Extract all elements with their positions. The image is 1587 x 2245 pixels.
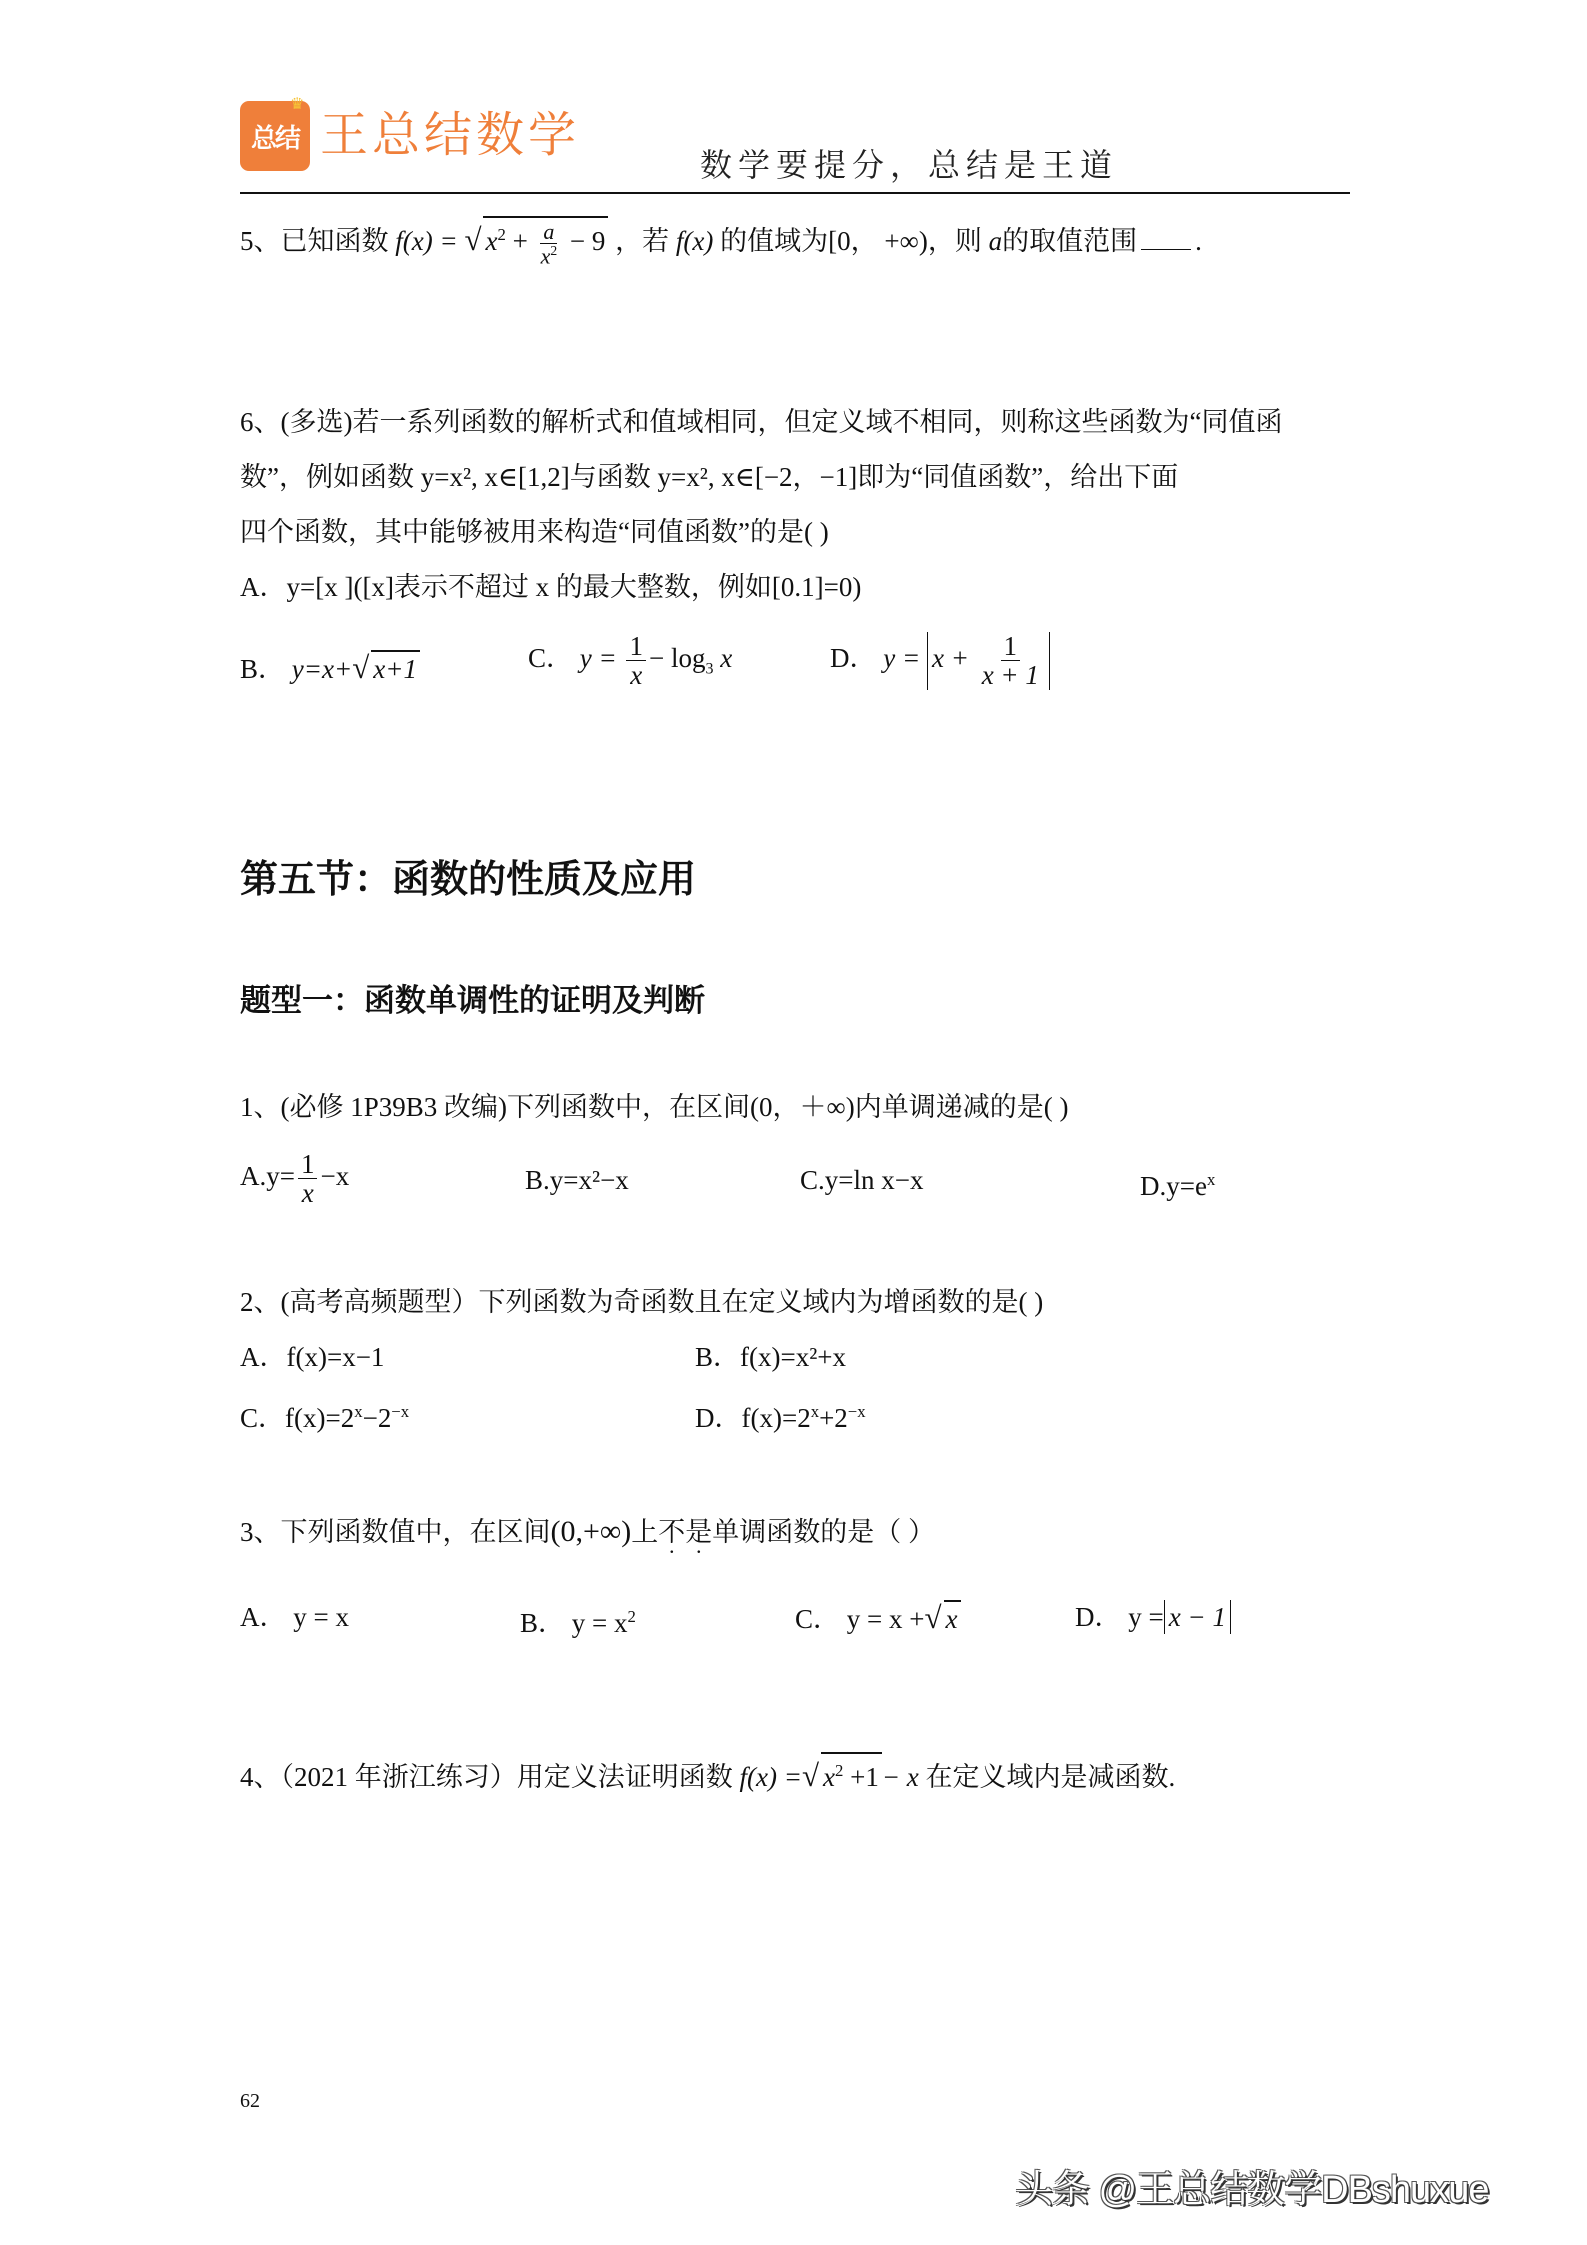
problem-4: 4、（2021 年浙江练习）用定义法证明函数 f(x) =√x2 +1− x 在… — [240, 1752, 1175, 1794]
q5-mid2: 的值域为[0， — [720, 226, 878, 256]
crown-icon: ♛ — [290, 98, 310, 112]
question-5: 5、已知函数 f(x) = √ x2 + a x2 − 9 ，若 f(x) 的值… — [240, 216, 1202, 268]
sqrt-sign: √ — [464, 222, 481, 257]
problem-3-option-a: A． y = x — [240, 1600, 349, 1634]
problem-1-stem: 1、(必修 1P39B3 改编)下列函数中，在区间(0，＋∞)内单调递减的是( … — [240, 1090, 1068, 1124]
q6-option-b: B． y=x+√x+1 — [240, 650, 420, 686]
emphasis-is: 是 — [685, 1517, 712, 1547]
q6-c-lhs: y = — [580, 643, 617, 673]
q5-mid1: ，若 — [615, 226, 669, 256]
problem-2-option-a: A．f(x)=x−1 — [240, 1340, 384, 1374]
problem-3-option-b: B． y = x2 — [520, 1600, 636, 1640]
q6-option-c: C． y = 1 x − log3 x — [528, 632, 732, 690]
q6-b-radical: x+1 — [371, 650, 420, 686]
problem-2-option-c: C．f(x)=2x−2−x — [240, 1395, 409, 1435]
p1-a-label: A.y= — [240, 1161, 295, 1191]
q5-frac-den: x2 — [538, 244, 561, 267]
page-number: 62 — [240, 2090, 260, 2113]
header-divider — [240, 192, 1350, 194]
problem-2-stem: 2、(高考高频题型）下列函数为奇函数且在定义域内为增函数的是( ) — [240, 1285, 1043, 1319]
problem-2-option-d: D．f(x)=2x+2−x — [695, 1395, 866, 1435]
q5-infty: +∞)，则 — [884, 226, 981, 256]
problem-3-stem: 3、下列函数值中，在区间(0,+∞)上不是单调函数的是（ ） — [240, 1515, 935, 1549]
problem-3-option-d: D． y =x − 1 — [1075, 1600, 1231, 1634]
q6-c-var: x — [720, 643, 732, 673]
q6-option-d: D． y = x + 1x + 1 — [830, 632, 1050, 690]
problem-1-option-a: A.y=1x−x — [240, 1150, 349, 1208]
section-title: 第五节：函数的性质及应用 — [240, 848, 696, 903]
q5-end: . — [1195, 226, 1202, 256]
watermark: 头条 @王总结数学DBshuxue — [1015, 2158, 1488, 2213]
q6-c-fraction: 1 x — [626, 632, 646, 690]
p1-a-fraction: 1x — [298, 1150, 318, 1208]
q5-func2: f(x) — [676, 226, 713, 256]
q5-prefix: 5、已知函数 — [240, 226, 389, 256]
p4-func: f(x) = — [740, 1762, 802, 1792]
problem-1-option-c: C.y=ln x−x — [800, 1163, 923, 1197]
q5-fraction: a x2 — [538, 220, 561, 268]
q5-tail: 的取值范围 — [1002, 226, 1137, 256]
q6-d-lhs: y = — [883, 643, 920, 673]
section-subtitle: 题型一：函数单调性的证明及判断 — [240, 975, 705, 1020]
q6-line-2: 数”，例如函数 y=x², x∈[1,2]与函数 y=x², x∈[−2，−1]… — [240, 460, 1178, 494]
problem-1-option-b: B.y=x²−x — [525, 1163, 629, 1197]
q5-frac-num: a — [540, 220, 557, 244]
p3-d-abs: x − 1 — [1164, 1600, 1231, 1634]
q5-rad-tail: − 9 — [570, 226, 605, 256]
q5-radical: x2 + a x2 − 9 — [483, 216, 608, 268]
problem-3-option-c: C． y = x +√x — [795, 1600, 961, 1636]
q6-c-label: C． — [528, 643, 573, 673]
logo-text: 王总结数学 — [320, 106, 580, 166]
slogan: 数学要提分，总结是王道 — [700, 140, 1118, 186]
problem-2-option-b: B．f(x)=x²+x — [695, 1340, 846, 1374]
q6-d-abs: x + 1x + 1 — [927, 632, 1050, 690]
q5-rad-x: x — [485, 226, 497, 256]
emphasis-not: 不 — [658, 1517, 685, 1547]
p4-radical: x2 +1 — [821, 1752, 882, 1794]
q6-option-a: A．y=[x ]([x]表示不超过 x 的最大整数，例如[0.1]=0) — [240, 570, 861, 604]
q6-c-log: − log — [649, 643, 705, 673]
problem-1-option-d: D.y=ex — [1140, 1163, 1215, 1203]
q6-d-label: D． — [830, 643, 877, 673]
q6-line-3: 四个函数，其中能够被用来构造“同值函数”的是( ) — [240, 515, 829, 549]
answer-blank — [1141, 249, 1191, 250]
q5-func: f(x) = — [395, 226, 457, 256]
q6-b-lhs: y=x+ — [292, 654, 352, 684]
q6-b-label: B． — [240, 654, 285, 684]
q5-var-a: a — [989, 226, 1003, 256]
q6-line-1: 6、(多选)若一系列函数的解析式和值域相同，但定义域不相同，则称这些函数为“同值… — [240, 405, 1282, 439]
